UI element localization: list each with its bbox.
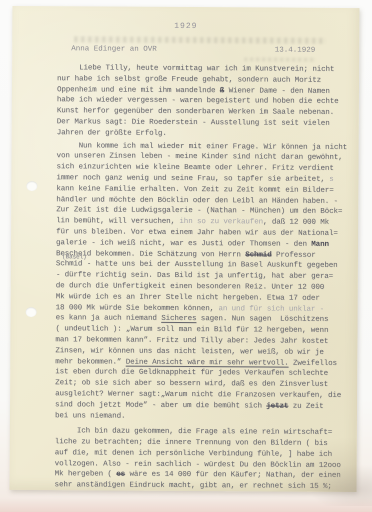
paragraph: Liebe Tilly, heute vormittag war ich im … bbox=[57, 63, 357, 140]
text-segment: für uns bleiben. Vor etwa einem Jahr hab… bbox=[56, 228, 338, 238]
text-segment: - dürfte richtig sein. Das Bild ist ja u… bbox=[56, 271, 333, 281]
text-segment: mehr bekommen.” bbox=[55, 358, 125, 366]
text-segment: Zinsen, wir können uns das nicht leisten… bbox=[55, 347, 323, 357]
text-segment: von unseren Zinsen leben - meine Kinder … bbox=[57, 153, 343, 163]
text-segment: es kann ja auch niemand bbox=[56, 315, 162, 324]
text-segment: sich einzurichten wie kleine Beamte oder… bbox=[56, 163, 333, 173]
text-segment: Professor bbox=[272, 251, 316, 259]
scan-bottom-strip bbox=[0, 498, 372, 512]
sender-recipient-line: Anna Edinger an OVR bbox=[71, 45, 157, 54]
letter-line: Jahren der größte Erfolg. bbox=[57, 128, 357, 141]
text-segment: jetzt bbox=[266, 402, 288, 410]
text-segment: lin bemüht, will versuchen, bbox=[56, 217, 179, 226]
letter-page: 1929 Anna Edinger an OVR 13.4.1929 Liebe… bbox=[10, 6, 360, 492]
text-segment: händler und möchte den Böcklin oder den … bbox=[56, 196, 338, 206]
text-segment: galerie - ich weiß nicht, war es Justi o… bbox=[56, 239, 311, 249]
address-line: Anna Edinger an OVR 13.4.1929 bbox=[71, 45, 315, 54]
text-segment: kann keine Familie erhalten. Von Zeit zu… bbox=[56, 185, 333, 195]
letter-body: Liebe Tilly, heute vormittag war ich im … bbox=[55, 63, 358, 492]
text-segment: habe ich wieder vergessen - waren begeis… bbox=[57, 97, 339, 107]
text-segment: immer noch ganz wenig und seine Frau, so… bbox=[56, 174, 329, 184]
punch-hole bbox=[26, 307, 37, 317]
text-segment: de durch die Unfertigkeit einen besonder… bbox=[56, 282, 324, 292]
text-segment: Schmid - hatte uns bei der Ausstellung i… bbox=[56, 261, 338, 271]
text-segment: nur habe ich selbst große Freude gehabt,… bbox=[57, 75, 321, 85]
text-segment: 18 000 Mk würde Sie bekommen können, bbox=[56, 304, 219, 313]
text-segment: zu Zeit bbox=[288, 402, 323, 410]
text-segment: Oppenheim und eine mit ihm wandelnde bbox=[57, 86, 220, 95]
text-segment: s bbox=[329, 176, 333, 184]
text-segment: Nun komme ich mal wieder mit einer Frage… bbox=[79, 142, 347, 152]
text-segment: Ich bin dazu gekommen, die Frage als ein… bbox=[77, 428, 332, 438]
text-segment: Mk hergeben ( bbox=[55, 471, 117, 479]
text-segment: Jahren der größte Erfolg. bbox=[57, 129, 167, 138]
paragraph: Nun komme ich mal wieder mit einer Frage… bbox=[55, 141, 357, 424]
text-segment: man 17 bekommen kann”. Fritz und Tilly a… bbox=[55, 336, 328, 346]
page-year-label: 1929 bbox=[12, 21, 359, 32]
text-segment: ist eben durch die Geldknappheit für jed… bbox=[55, 369, 328, 379]
text-segment: Liebe Tilly, heute vormittag war ich im … bbox=[79, 64, 334, 74]
punch-hole bbox=[26, 181, 37, 191]
text-segment: ausgleicht? Werner sagt:„Warum nicht die… bbox=[55, 390, 341, 400]
text-segment: , daß 12 000 Mk bbox=[263, 219, 329, 227]
text-segment: Wiener Dame - den Namen bbox=[224, 87, 330, 96]
text-segment: Sicheres bbox=[161, 315, 196, 323]
text-segment: Zur Zeit ist die Ludwigsgalerie - (Natha… bbox=[56, 207, 342, 217]
text-segment: an und für sich unklar - bbox=[218, 305, 324, 314]
text-segment: Deine Ansicht wäre mir sehr wertvoll. bbox=[126, 358, 289, 367]
text-segment: Zeit; ob sie sich aber so bessern wird, … bbox=[55, 379, 328, 389]
text-segment: ( undeutlich ): „Warum soll man ein Bild… bbox=[55, 325, 328, 335]
text-segment: Schmid bbox=[245, 251, 271, 259]
letter-line: bei uns niemand. bbox=[55, 411, 355, 424]
scan-background: 1929 Anna Edinger an OVR 13.4.1929 Liebe… bbox=[0, 0, 372, 512]
text-segment: Kunst herfor gegenüber den sonderbaren W… bbox=[57, 107, 334, 117]
text-segment: Zweifellos bbox=[289, 359, 337, 367]
faint-note bbox=[244, 57, 316, 61]
interlinear-note: (Basel) bbox=[62, 254, 87, 260]
text-segment: liche zu betrachten; die innere Trennung… bbox=[55, 438, 328, 448]
text-segment: sind doch jetzt Mode” - aber um die bemü… bbox=[55, 401, 266, 410]
text-segment: Mann bbox=[311, 241, 329, 249]
text-segment: ihn so zu verkaufen bbox=[179, 218, 263, 227]
text-segment: Mk würde ich es an Ihrer Stelle nicht he… bbox=[56, 293, 320, 303]
text-segment: auf die, mit denen ich persönliche Verbi… bbox=[55, 449, 332, 459]
text-segment: bei uns niemand. bbox=[55, 412, 125, 420]
text-segment: vollzogen. Also - rein sachlich - würdes… bbox=[55, 460, 341, 470]
text-segment: sagen. Nun sagen Löschitzens bbox=[196, 315, 328, 324]
text-segment: sehr anständigen Eindruck macht, gibt an… bbox=[55, 481, 332, 491]
faint-stamp bbox=[74, 36, 326, 44]
text-segment: wäre es 14 000 für den Käufer; Nathan, d… bbox=[125, 471, 341, 480]
letter-date: 13.4.1929 bbox=[275, 47, 316, 55]
text-segment: Der Markus sagt: Die Roederstein - Ausst… bbox=[57, 118, 330, 128]
